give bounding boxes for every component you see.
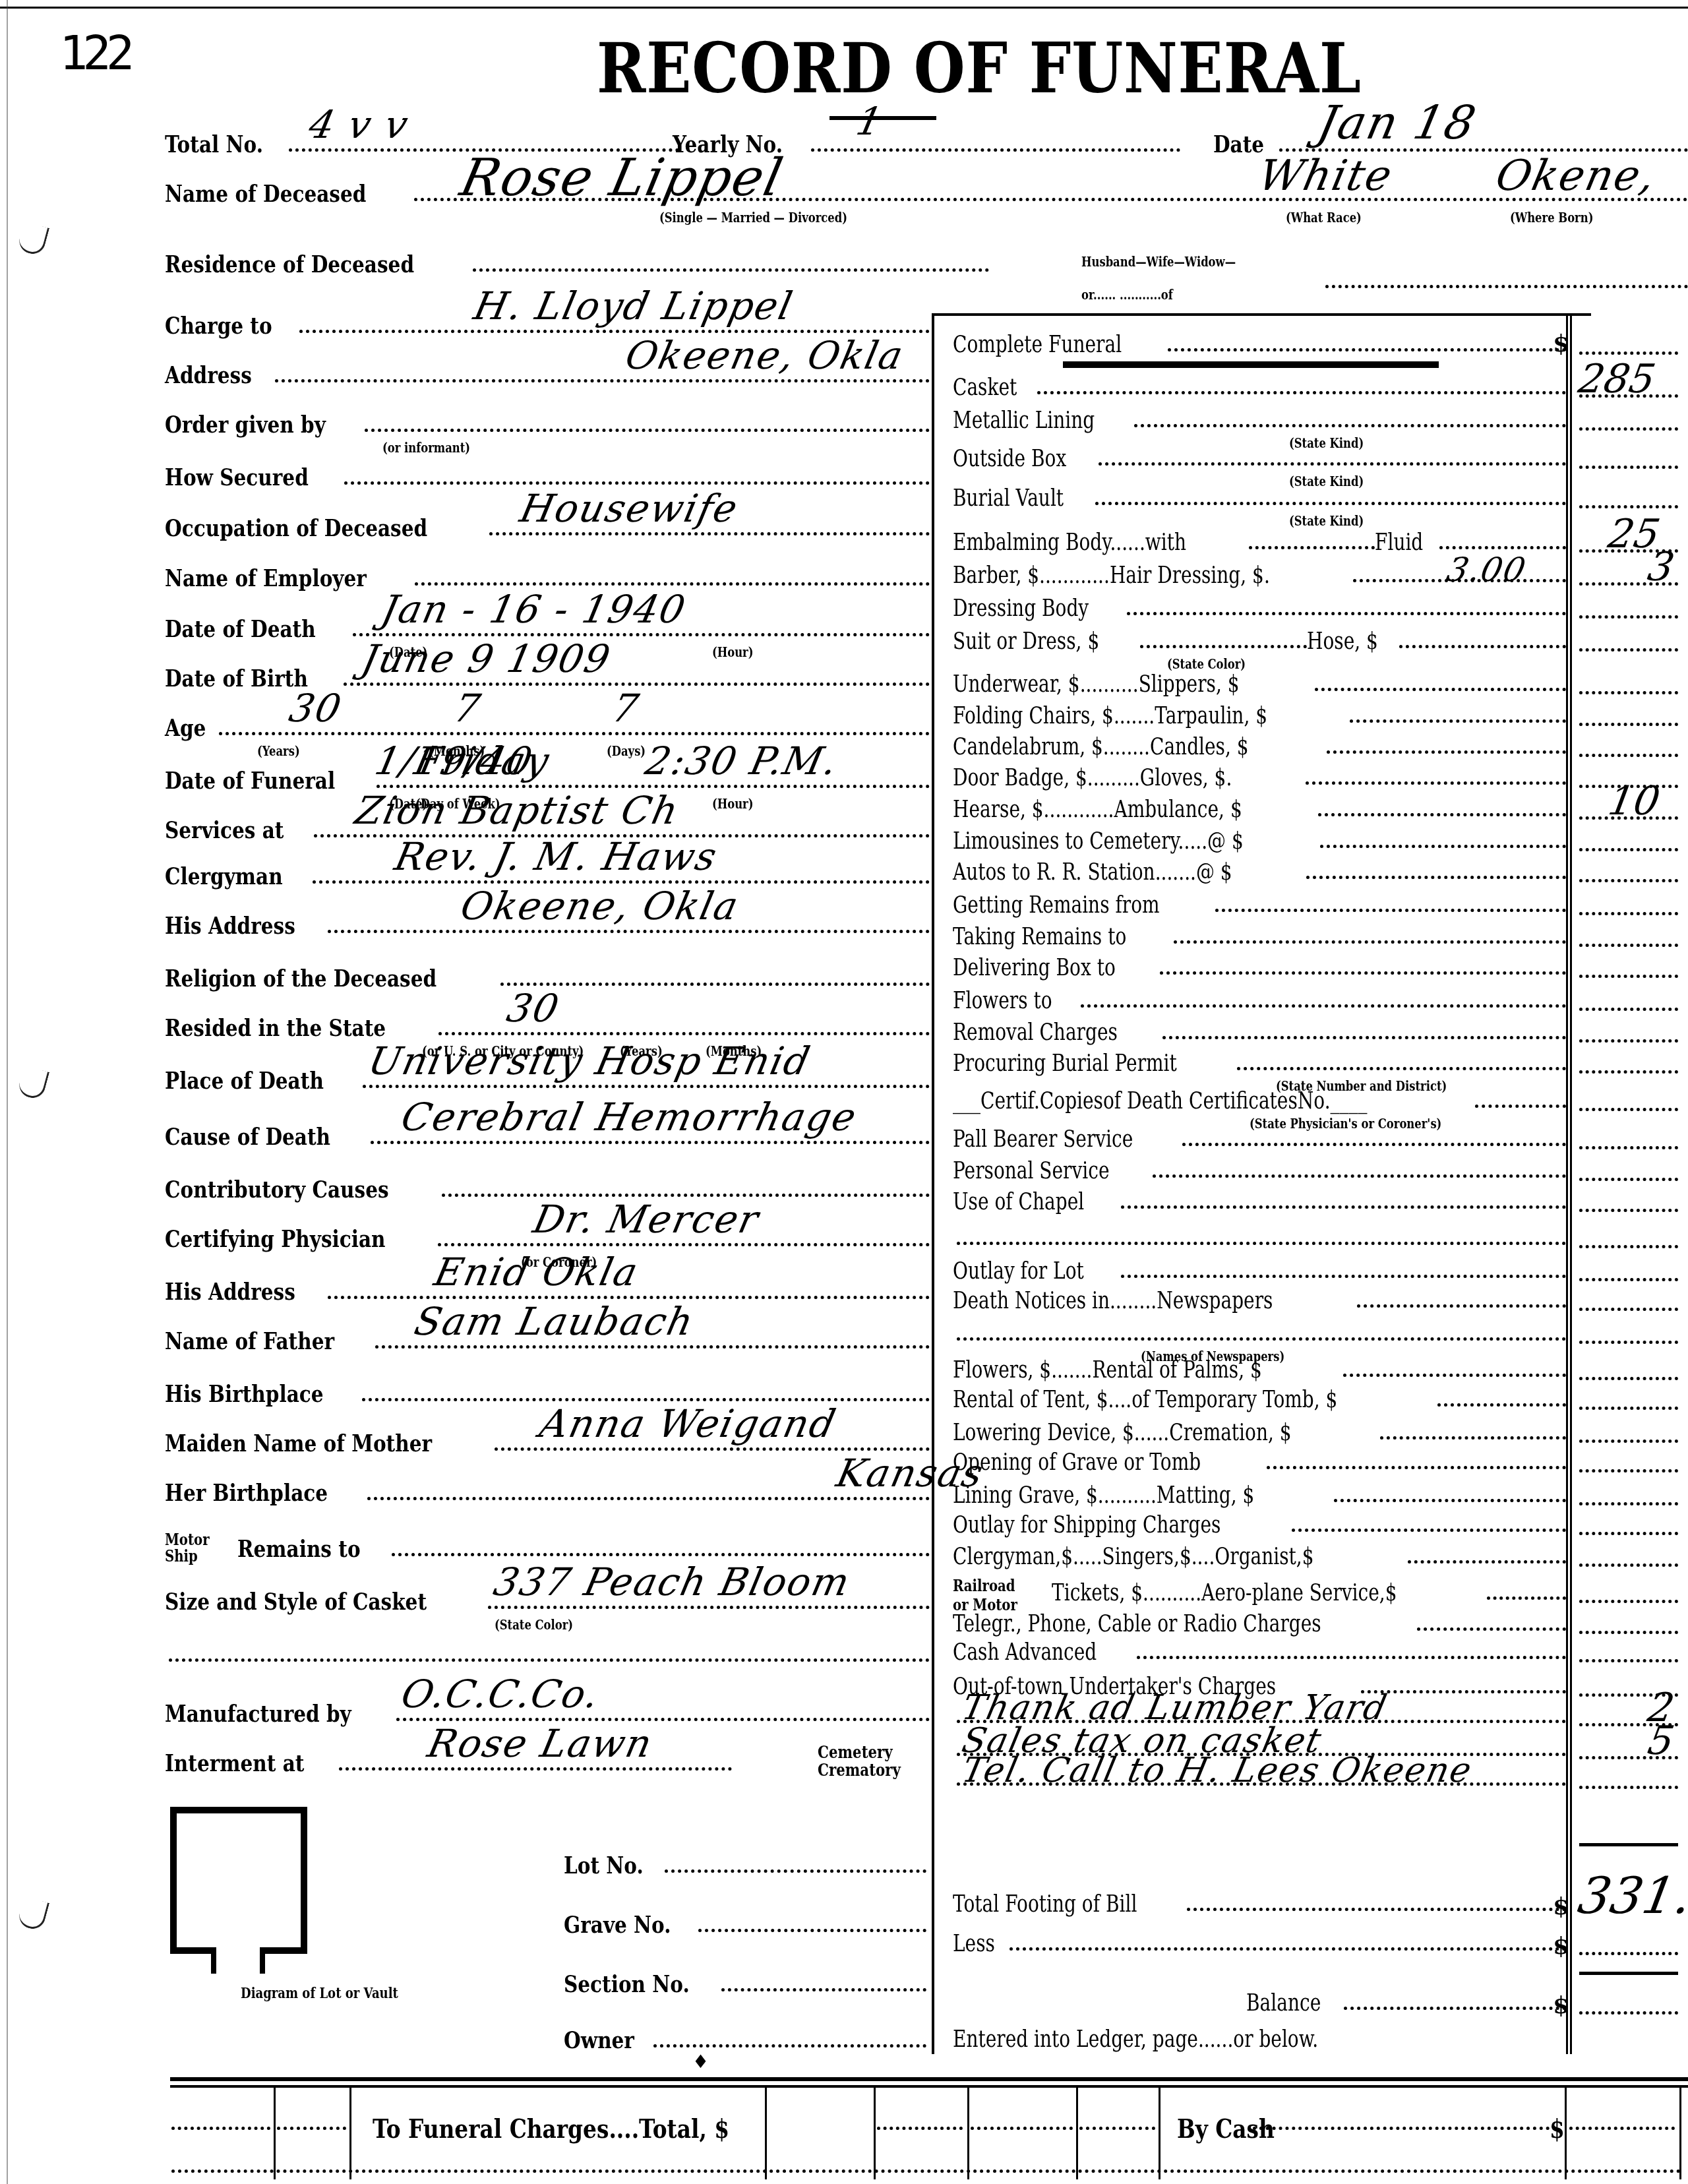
field-input-line[interactable] — [392, 1553, 930, 1556]
top-border-rule — [0, 7, 1688, 9]
amount-field[interactable] — [1579, 1341, 1678, 1344]
charge-label: Clergyman,$.....Singers,$....Organist,$ — [953, 1544, 1314, 1570]
lot-diagram — [170, 1807, 307, 1944]
field-label: Her Birthplace — [165, 1479, 328, 1507]
amount-field[interactable] — [1579, 1502, 1678, 1505]
amount-field[interactable] — [1579, 1786, 1678, 1789]
charge-label: Outlay for Lot — [953, 1258, 1084, 1285]
left-margin-line — [7, 0, 8, 2184]
stray-mark: ♦ — [692, 2051, 709, 2073]
charge-row: Use of Chapel — [953, 1184, 1566, 1215]
charge-row: Tickets, $..........Aero-plane Service,$ — [953, 1575, 1566, 1606]
field-label: Place of Death — [165, 1067, 324, 1095]
lot-field: Grave No. — [564, 1899, 926, 1939]
charge-label: Lining Grave, $..........Matting, $ — [953, 1482, 1254, 1509]
interment-type-option: Cemetery — [818, 1743, 893, 1763]
charge-row: Removal Charges — [953, 1014, 1566, 1046]
amount-field[interactable] — [1579, 1209, 1678, 1212]
charge-label: Underwear, $..........Slippers, $ — [953, 671, 1240, 698]
charge-row: Flowers to — [953, 983, 1566, 1014]
ledger-col-divider — [1679, 2087, 1681, 2179]
handwritten-value[interactable]: Zion Baptist Ch — [351, 788, 683, 833]
charge-row: Opening of Grave or Tomb — [953, 1444, 1566, 1476]
amount-field[interactable] — [1579, 944, 1678, 947]
field-input-line[interactable] — [328, 930, 930, 933]
to-funeral-charges-label: To Funeral Charges....Total, $ — [373, 2113, 729, 2144]
charge-label: Delivering Box to — [953, 955, 1116, 981]
field-label: Resided in the State — [165, 1014, 386, 1042]
charge-label: Dressing Body — [953, 595, 1089, 622]
amount-field[interactable] — [1579, 1377, 1678, 1380]
charge-row: Taking Remains to — [953, 919, 1566, 950]
total-footing-amount[interactable]: 331. — [1574, 1866, 1688, 1925]
charge-row: Outlay for Shipping Charges — [953, 1507, 1566, 1538]
handwritten-value[interactable]: Friday — [411, 739, 554, 783]
amount-field[interactable] — [1579, 1070, 1678, 1074]
charge-hint: (State Kind) — [1289, 473, 1364, 489]
lot-field-label: Lot No. — [564, 1852, 644, 1879]
amount-field[interactable] — [1579, 975, 1678, 978]
spouse-hint-line2: or...... ...........of — [1081, 287, 1173, 303]
balance-row: Balance — [1246, 1985, 1566, 2017]
ledger-col-divider — [1159, 2087, 1160, 2179]
less-row: Less — [953, 1926, 1566, 1957]
lot-field-label: Section No. — [564, 1970, 690, 1998]
where-born-value[interactable]: Okene, — [1492, 152, 1660, 200]
handwritten-value[interactable]: Sam Laubach — [411, 1299, 698, 1344]
race-hint: (What Race) — [1286, 210, 1362, 226]
charge-label: Outside Box — [953, 446, 1066, 472]
handwritten-value[interactable]: Dr. Mercer — [529, 1197, 764, 1242]
field-label: Charge to — [165, 312, 272, 340]
field-hint: (Hour) — [712, 796, 754, 812]
charge-row: Metallic Lining — [953, 402, 1566, 434]
amount-field[interactable] — [1579, 648, 1678, 652]
amount-field[interactable] — [1579, 723, 1678, 726]
amount-field[interactable] — [1579, 1600, 1678, 1603]
amount-field[interactable] — [1579, 1469, 1678, 1472]
charge-label: Suit or Dress, $ — [953, 628, 1099, 655]
charge-row: Procuring Burial Permit — [953, 1045, 1566, 1077]
balance-dollar: $ — [1553, 1991, 1569, 2019]
charge-label: Limousines to Cemetery.....@ $ — [953, 828, 1244, 855]
date-value[interactable]: Jan 18 — [1313, 96, 1482, 150]
charge-label: Death Notices in........Newspapers — [953, 1288, 1273, 1314]
charge-label: Burial Vault — [953, 485, 1064, 512]
field-input-line[interactable] — [365, 429, 930, 432]
ledger-col-divider — [874, 2087, 876, 2179]
amount-column-separator — [1566, 313, 1572, 2054]
charge-label: Hearse, $............Ambulance, $ — [953, 797, 1242, 823]
charge-label: Metallic Lining — [953, 408, 1095, 434]
charge-label-secondary: Hose, $ — [1307, 628, 1378, 655]
amount-field[interactable] — [1579, 1659, 1678, 1662]
charge-row: Telegr., Phone, Cable or Radio Charges — [953, 1606, 1566, 1637]
field-input-line[interactable] — [219, 732, 930, 735]
lot-field-input[interactable] — [653, 2044, 926, 2048]
field-label: Clergyman — [165, 863, 283, 890]
field-name-of-employer: Name of Employer — [165, 553, 930, 592]
charge-row: Outside Box — [953, 440, 1566, 472]
field-label: Occupation of Deceased — [165, 514, 427, 542]
where-born-hint: (Where Born) — [1510, 210, 1593, 226]
amount-field[interactable] — [1579, 1146, 1678, 1149]
handwritten-value[interactable]: Okeene, Okla — [457, 884, 743, 928]
field-label: How Secured — [165, 464, 309, 491]
punch-hole-mark — [16, 1896, 49, 1932]
field-label: Age — [165, 714, 206, 742]
field-label: Religion of the Deceased — [165, 965, 437, 992]
amount-field[interactable] — [1579, 754, 1678, 757]
charge-label: Embalming Body......with — [953, 530, 1186, 556]
field-input-line[interactable] — [415, 582, 930, 586]
amount-field[interactable] — [1579, 1440, 1678, 1443]
ledger-note: Entered into Ledger, page......or below. — [953, 2021, 1566, 2053]
amount-field[interactable] — [1579, 848, 1678, 851]
field-input-line[interactable] — [344, 481, 930, 485]
field-label: Services at — [165, 816, 284, 844]
charge-row: Underwear, $..........Slippers, $ — [953, 666, 1566, 698]
ledger-entry-field[interactable] — [1079, 2127, 1155, 2130]
charge-hint: (State Kind) — [1289, 435, 1364, 451]
amount-field[interactable] — [1579, 1631, 1678, 1634]
amount-field[interactable] — [1579, 691, 1678, 694]
field-label: Size and Style of Casket — [165, 1588, 427, 1616]
charge-label: Personal Service — [953, 1158, 1110, 1184]
by-cash-dots — [1253, 2127, 1556, 2130]
amount-field[interactable] — [1579, 1278, 1678, 1281]
charge-label: Lowering Device, $......Cremation, $ — [953, 1420, 1292, 1446]
ledger-col-divider — [274, 2087, 276, 2179]
charge-row: Cash Advanced — [953, 1634, 1566, 1666]
field-label: Name of Employer — [165, 564, 367, 592]
field-label: Address — [165, 361, 252, 389]
field-input-line[interactable] — [367, 1497, 930, 1500]
handwritten-value[interactable]: Jan - 16 - 1940 — [378, 587, 690, 632]
charge-hint: (State Number and District) — [1276, 1078, 1447, 1094]
lot-field-input[interactable] — [665, 1869, 926, 1873]
handwritten-value[interactable]: Kansas — [833, 1451, 988, 1496]
charge-row — [953, 1316, 1566, 1347]
charge-row: Death Notices in........Newspapers — [953, 1283, 1566, 1314]
handwritten-value[interactable]: 30 — [286, 686, 346, 731]
charge-row: Limousines to Cemetery.....@ $ — [953, 823, 1566, 855]
diagram-caption: Diagram of Lot or Vault — [241, 1985, 398, 2002]
handwritten-value[interactable]: Anna Weigand — [536, 1401, 841, 1446]
charge-label: Autos to R. R. Station.......@ $ — [953, 859, 1232, 886]
handwritten-value[interactable]: Enid Okla — [431, 1250, 643, 1294]
balance-rule — [1579, 1972, 1678, 1975]
charge-row: Candelabrum, $........Candles, $ — [953, 729, 1566, 760]
handwritten-value[interactable]: June 9 1909 — [358, 636, 615, 681]
amount-field[interactable] — [1579, 1008, 1678, 1011]
field-hint: (Hour) — [712, 644, 754, 660]
marital-status-hint: (Single — Married — Divorced) — [659, 210, 847, 226]
charge-row: Outlay for Lot — [953, 1253, 1566, 1285]
field-label: Contributory Causes — [165, 1176, 389, 1203]
charge-row: Lowering Device, $......Cremation, $ — [953, 1414, 1566, 1446]
field-age: Age — [165, 702, 930, 742]
field-hint: (or informant) — [382, 440, 470, 456]
ledger-col-divider — [1076, 2087, 1078, 2179]
charge-label: Door Badge, $.........Gloves, $. — [953, 765, 1232, 791]
charge-label: Taking Remains to — [953, 924, 1126, 950]
ledger-entry-field[interactable] — [277, 2127, 346, 2130]
ledger-bottom-dots — [171, 2169, 1681, 2173]
charge-row: Burial Vault — [953, 480, 1566, 512]
amount-field[interactable] — [1579, 912, 1678, 915]
field-label: Date of Birth — [165, 665, 308, 692]
remains-transport-option: Ship — [165, 1546, 198, 1565]
field-residence: Residence of Deceased — [165, 239, 989, 278]
field-input-line[interactable] — [438, 1032, 930, 1035]
field-blank — [165, 1629, 930, 1668]
field-input-line[interactable] — [371, 1141, 930, 1144]
amount-field[interactable] — [1579, 1563, 1678, 1567]
spouse-dotted-line — [1325, 285, 1688, 288]
charge-label: Opening of Grave or Tomb — [953, 1449, 1201, 1476]
spouse-hint-line1: Husband—Wife—Widow— — [1081, 254, 1236, 270]
lot-field-input[interactable] — [698, 1929, 926, 1932]
lot-field: Section No. — [564, 1958, 926, 1998]
amount-field[interactable] — [1579, 879, 1678, 882]
race-value[interactable]: White — [1254, 152, 1397, 200]
field-label: Manufactured by — [165, 1700, 351, 1728]
punch-hole-mark — [16, 222, 49, 257]
charge-row: Clergyman,$.....Singers,$....Organist,$ — [953, 1538, 1566, 1570]
ledger-entry-field[interactable] — [877, 2127, 963, 2130]
lot-field: Lot No. — [564, 1840, 926, 1879]
charge-row: Getting Remains from — [953, 887, 1566, 919]
charge-hint: (State Physician's or Coroner's) — [1250, 1116, 1441, 1132]
field-label: Date of Death — [165, 615, 316, 643]
ledger-col-divider — [1565, 2087, 1567, 2179]
charge-row: ___Certif.Copiesof Death CertificatesNo.… — [953, 1083, 1566, 1114]
charge-label: Use of Chapel — [953, 1189, 1084, 1215]
charge-label: Folding Chairs, $.......Tarpaulin, $ — [953, 703, 1267, 729]
amount-field[interactable] — [1579, 1532, 1678, 1535]
field-label: Remains to — [237, 1535, 361, 1563]
charge-row: Folding Chairs, $.......Tarpaulin, $ — [953, 698, 1566, 729]
handwritten-value[interactable]: Rev. J. M. Haws — [391, 834, 722, 879]
charge-label: Complete Funeral — [953, 332, 1122, 358]
charge-label: Getting Remains from — [953, 892, 1160, 919]
charge-label: Flowers to — [953, 988, 1052, 1014]
charge-label: Cash Advanced — [953, 1639, 1097, 1666]
field-order-given-by: Order given by — [165, 399, 930, 439]
lot-field-label: Owner — [564, 2026, 634, 2054]
charge-label: Procuring Burial Permit — [953, 1050, 1177, 1077]
charge-row: Complete Funeral — [953, 326, 1566, 358]
lot-field-label: Grave No. — [564, 1911, 671, 1939]
ledger-entry-field[interactable] — [171, 2127, 270, 2130]
field-name-of-deceased: Name of Deceased — [165, 168, 1688, 208]
charge-row: Hearse, $............Ambulance, $ — [953, 791, 1566, 823]
less-dollar: $ — [1553, 1932, 1569, 1960]
amount-field[interactable] — [1579, 427, 1678, 431]
charge-row: Lining Grave, $..........Matting, $ — [953, 1477, 1566, 1509]
field-input-line[interactable] — [169, 1658, 930, 1662]
field-label: Interment at — [165, 1749, 304, 1777]
charge-label: Outlay for Shipping Charges — [953, 1512, 1221, 1538]
amount-field[interactable] — [1579, 1308, 1678, 1311]
field-input-line[interactable] — [363, 1085, 930, 1088]
ledger-col-divider — [765, 2087, 767, 2179]
handwritten-value[interactable]: O.C.C.Co. — [398, 1672, 604, 1716]
field-input-line[interactable] — [438, 1243, 930, 1246]
field-hint: (State Color) — [495, 1617, 573, 1633]
amount-field[interactable] — [1579, 351, 1678, 355]
ledger-col-divider — [349, 2087, 351, 2179]
charge-row: Casket — [953, 369, 1566, 401]
charge-label: Barber, $............Hair Dressing, $. — [953, 562, 1270, 589]
field-input-line[interactable] — [275, 379, 930, 382]
handwritten-value[interactable]: Okeene, Okla — [622, 333, 908, 378]
total-no-value[interactable]: 4 v v — [305, 102, 413, 147]
ledger-top-rule-2 — [170, 2085, 1688, 2088]
handwritten-value[interactable]: University Hosp Enid — [365, 1039, 815, 1083]
field-label: His Address — [165, 1278, 295, 1306]
handwritten-value[interactable]: 2:30 P.M. — [642, 739, 843, 783]
charge-amount[interactable]: 10 — [1605, 778, 1664, 824]
hair-dressing-value[interactable]: 3.00 — [1443, 551, 1530, 589]
field-hint: (Years) — [257, 743, 300, 759]
charge-row: Rental of Tent, $....of Temporary Tomb, … — [953, 1381, 1566, 1413]
charge-label-secondary: Fluid — [1375, 530, 1423, 556]
field-input-line[interactable] — [339, 1767, 732, 1771]
lot-field: Owner — [564, 2015, 926, 2054]
field-input-line[interactable] — [375, 1345, 930, 1349]
handwritten-value[interactable]: H. Lloyd Lippel — [470, 284, 797, 328]
ledger-entry-field[interactable] — [971, 2127, 1073, 2130]
charge-row: Autos to R. R. Station.......@ $ — [953, 854, 1566, 886]
charge-amount[interactable]: 285 — [1575, 356, 1659, 402]
handwritten-charge-description[interactable]: Tel. Call to H. Lees Okeene — [959, 1751, 1476, 1790]
charge-hint: (Names of Newspapers) — [1141, 1349, 1284, 1364]
total-footing-dollar: $ — [1553, 1893, 1569, 1920]
amount-field[interactable] — [1579, 1108, 1678, 1111]
charge-label: Pall Bearer Service — [953, 1126, 1133, 1153]
charge-row — [953, 1220, 1566, 1252]
field-input-line[interactable] — [500, 983, 930, 986]
charge-label: Rental of Tent, $....of Temporary Tomb, … — [953, 1387, 1337, 1413]
amount-field[interactable] — [1579, 1039, 1678, 1043]
field-hint: (Days) — [607, 743, 646, 759]
handwritten-value[interactable]: Rose Lawn — [424, 1721, 657, 1766]
page-title: RECORD OF FUNERAL — [597, 28, 1362, 109]
field-label: Maiden Name of Mother — [165, 1430, 432, 1457]
amount-field[interactable] — [1579, 1245, 1678, 1248]
charge-row: Dressing Body — [953, 590, 1566, 622]
total-footing-row: Total Footing of Bill — [953, 1886, 1566, 1918]
handwritten-value[interactable]: Cerebral Hemorrhage — [398, 1095, 861, 1139]
field-her-birthplace: Her Birthplace — [165, 1467, 930, 1507]
handwritten-value[interactable]: 30 — [503, 986, 564, 1031]
charge-label: Casket — [953, 375, 1017, 401]
by-cash-amount-field[interactable] — [1569, 2127, 1675, 2130]
interment-type-option: Crematory — [818, 1761, 901, 1780]
page-number: 122 — [59, 25, 129, 80]
charge-hint: (State Color) — [1167, 656, 1246, 672]
amount-field[interactable] — [1579, 1407, 1678, 1410]
handwritten-value[interactable]: Housewife — [516, 486, 742, 531]
field-how-secured: How Secured — [165, 452, 930, 491]
field-label: Certifying Physician — [165, 1225, 386, 1253]
amount-field[interactable] — [1579, 505, 1678, 508]
charge-row: Door Badge, $.........Gloves, $. — [953, 760, 1566, 791]
charge-label: Removal Charges — [953, 1019, 1118, 1046]
ticket-type-prefix: Railroad or Motor — [953, 1576, 1029, 1614]
amount-field[interactable] — [1579, 466, 1678, 469]
field-label: His Birthplace — [165, 1380, 324, 1408]
charge-row: Personal Service — [953, 1153, 1566, 1184]
subtotal-rule — [1579, 1843, 1678, 1846]
field-label: Order given by — [165, 411, 326, 439]
field-label: Cause of Death — [165, 1123, 330, 1151]
balance-amount-field[interactable] — [1579, 2011, 1678, 2015]
ledger-top-rule — [170, 2077, 1688, 2081]
field-label: His Address — [165, 912, 295, 940]
field-input-line[interactable] — [488, 1606, 930, 1609]
charge-row: Delivering Box to — [953, 950, 1566, 981]
field-remains-to: Remains to — [165, 1523, 930, 1563]
less-amount-field[interactable] — [1579, 1952, 1678, 1955]
name-of-deceased-value[interactable]: Rose Lippel — [455, 148, 789, 208]
handwritten-value[interactable]: 337 Peach Bloom — [490, 1560, 855, 1604]
ledger-col-divider — [967, 2087, 969, 2179]
field-label: Date of Funeral — [165, 767, 335, 795]
amount-field[interactable] — [1579, 1178, 1678, 1181]
complete-funeral-strike-bar — [1063, 361, 1439, 368]
charge-label: Candelabrum, $........Candles, $ — [953, 734, 1249, 760]
charge-hint: (State Kind) — [1289, 513, 1364, 529]
punch-hole-mark — [16, 1066, 49, 1101]
field-label: Name of Father — [165, 1327, 334, 1355]
amount-field[interactable] — [1579, 615, 1678, 619]
charge-row: Suit or Dress, $Hose, $ — [953, 623, 1566, 655]
field-input-line[interactable] — [489, 532, 930, 535]
lot-field-input[interactable] — [721, 1988, 926, 1991]
charge-label: Telegr., Phone, Cable or Radio Charges — [953, 1611, 1321, 1637]
dollar-sign: $ — [1553, 330, 1569, 357]
charge-label: Tickets, $..........Aero-plane Service,$ — [1052, 1580, 1397, 1606]
